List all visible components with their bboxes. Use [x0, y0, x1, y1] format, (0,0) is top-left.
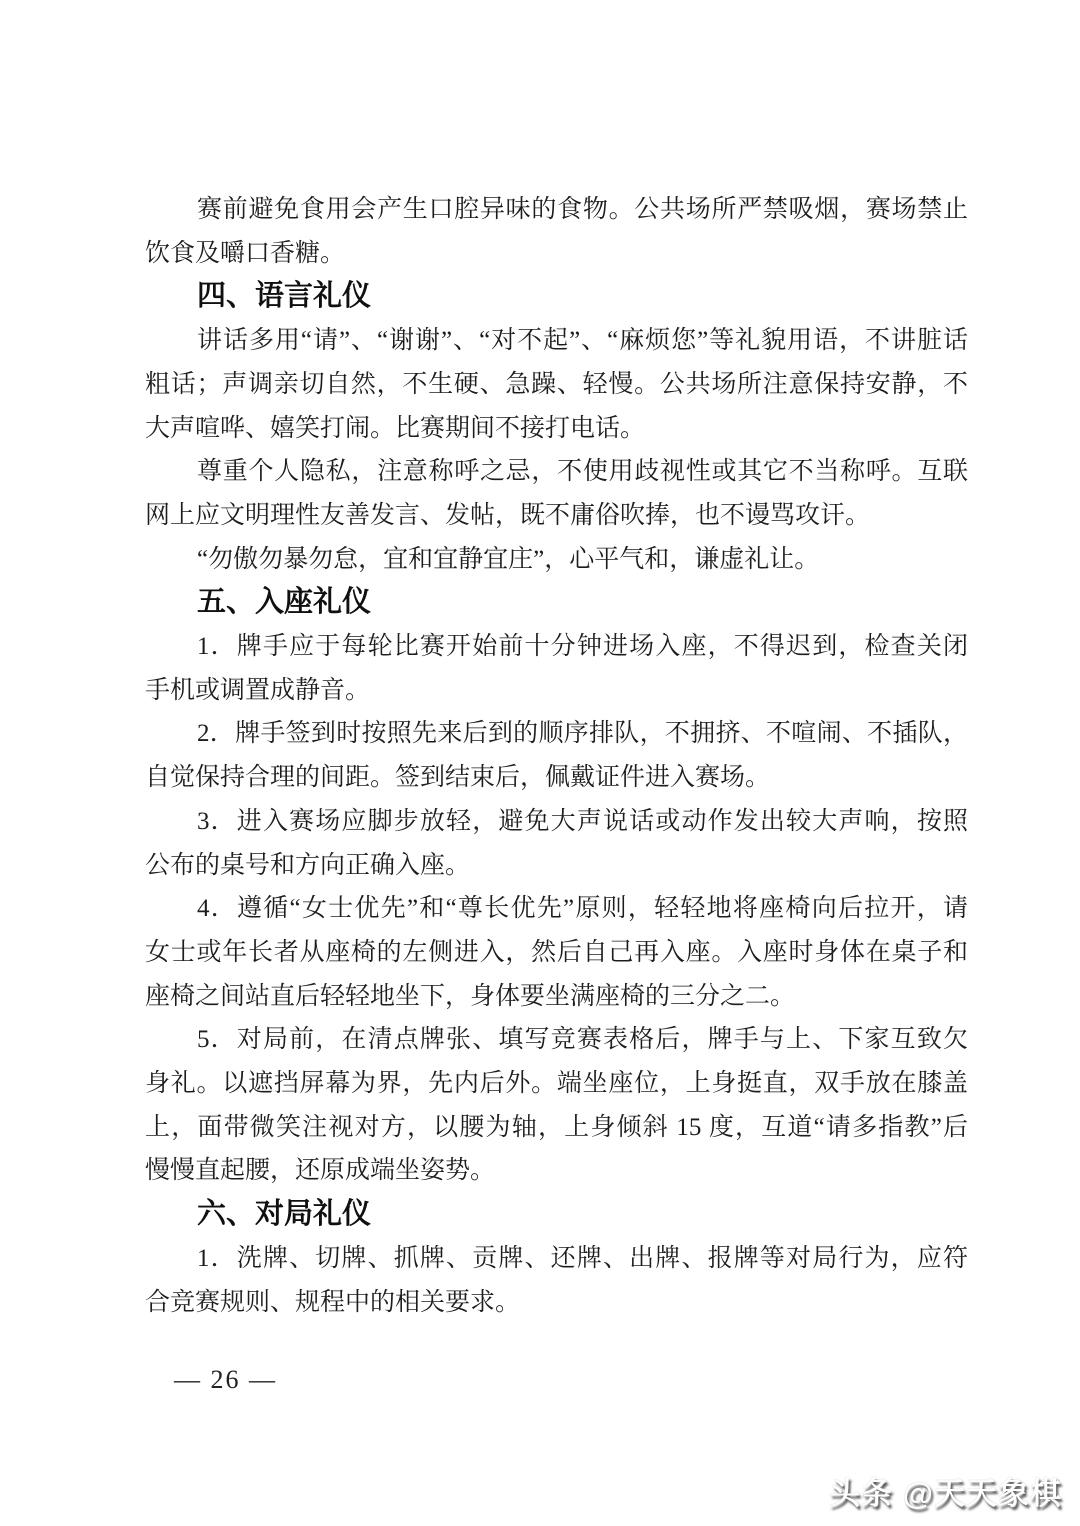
text-line: 身礼。以遮挡屏幕为界，先内后外。端坐座位，上身挺直，双手放在膝盖 — [145, 1062, 968, 1106]
text-line: 网上应文明理性友善发言、发帖，既不庸俗吹捧，也不谩骂攻讦。 — [145, 494, 968, 538]
text-line: 大声喧哗、嬉笑打闹。比赛期间不接打电话。 — [145, 407, 968, 451]
page-number: — 26 — — [174, 1358, 277, 1402]
text-line: 慢慢直起腰，还原成端坐姿势。 — [145, 1149, 968, 1193]
text-line: 粗话；声调亲切自然，不生硬、急躁、轻慢。公共场所注意保持安静，不 — [145, 363, 968, 407]
text-line: 赛前避免食用会产生口腔异味的食物。公共场所严禁吸烟，赛场禁止 — [145, 188, 968, 232]
document-body: 赛前避免食用会产生口腔异味的食物。公共场所严禁吸烟，赛场禁止饮食及嚼口香糖。四、… — [145, 188, 968, 1324]
text-line: 2．牌手签到时按照先来后到的顺序排队，不拥挤、不喧闹、不插队， — [145, 712, 968, 756]
section-heading: 四、语言礼仪 — [145, 275, 968, 319]
text-line: 座椅之间站直后轻轻地坐下，身体要坐满座椅的三分之二。 — [145, 975, 968, 1019]
text-line: 公布的桌号和方向正确入座。 — [145, 844, 968, 888]
text-line: 自觉保持合理的间距。签到结束后，佩戴证件进入赛场。 — [145, 756, 968, 800]
text-line: 讲话多用“请”、“谢谢”、“对不起”、“麻烦您”等礼貌用语，不讲脏话 — [145, 319, 968, 363]
document-page: 赛前避免食用会产生口腔异味的食物。公共场所严禁吸烟，赛场禁止饮食及嚼口香糖。四、… — [0, 0, 1080, 1526]
text-line: 1．洗牌、切牌、抓牌、贡牌、还牌、出牌、报牌等对局行为，应符 — [145, 1237, 968, 1281]
text-line: 饮食及嚼口香糖。 — [145, 232, 968, 276]
text-line: 3．进入赛场应脚步放轻，避免大声说话或动作发出较大声响，按照 — [145, 800, 968, 844]
text-line: 4．遵循“女士优先”和“尊长优先”原则，轻轻地将座椅向后拉开，请 — [145, 887, 968, 931]
toutiao-watermark: 头条 @天天象棋 — [829, 1468, 1062, 1513]
text-line: 5．对局前，在清点牌张、填写竞赛表格后，牌手与上、下家互致欠 — [145, 1018, 968, 1062]
text-line: 合竞赛规则、规程中的相关要求。 — [145, 1281, 968, 1325]
section-heading: 六、对局礼仪 — [145, 1193, 968, 1237]
text-line: 1．牌手应于每轮比赛开始前十分钟进场入座，不得迟到，检查关闭 — [145, 625, 968, 669]
section-heading: 五、入座礼仪 — [145, 581, 968, 625]
text-line: 上，面带微笑注视对方，以腰为轴，上身倾斜 15 度，互道“请多指教”后 — [145, 1106, 968, 1150]
text-line: “勿傲勿暴勿怠，宜和宜静宜庄”，心平气和，谦虚礼让。 — [145, 538, 968, 582]
text-line: 尊重个人隐私，注意称呼之忌，不使用歧视性或其它不当称呼。互联 — [145, 450, 968, 494]
text-line: 女士或年长者从座椅的左侧进入，然后自己再入座。入座时身体在桌子和 — [145, 931, 968, 975]
text-line: 手机或调置成静音。 — [145, 669, 968, 713]
